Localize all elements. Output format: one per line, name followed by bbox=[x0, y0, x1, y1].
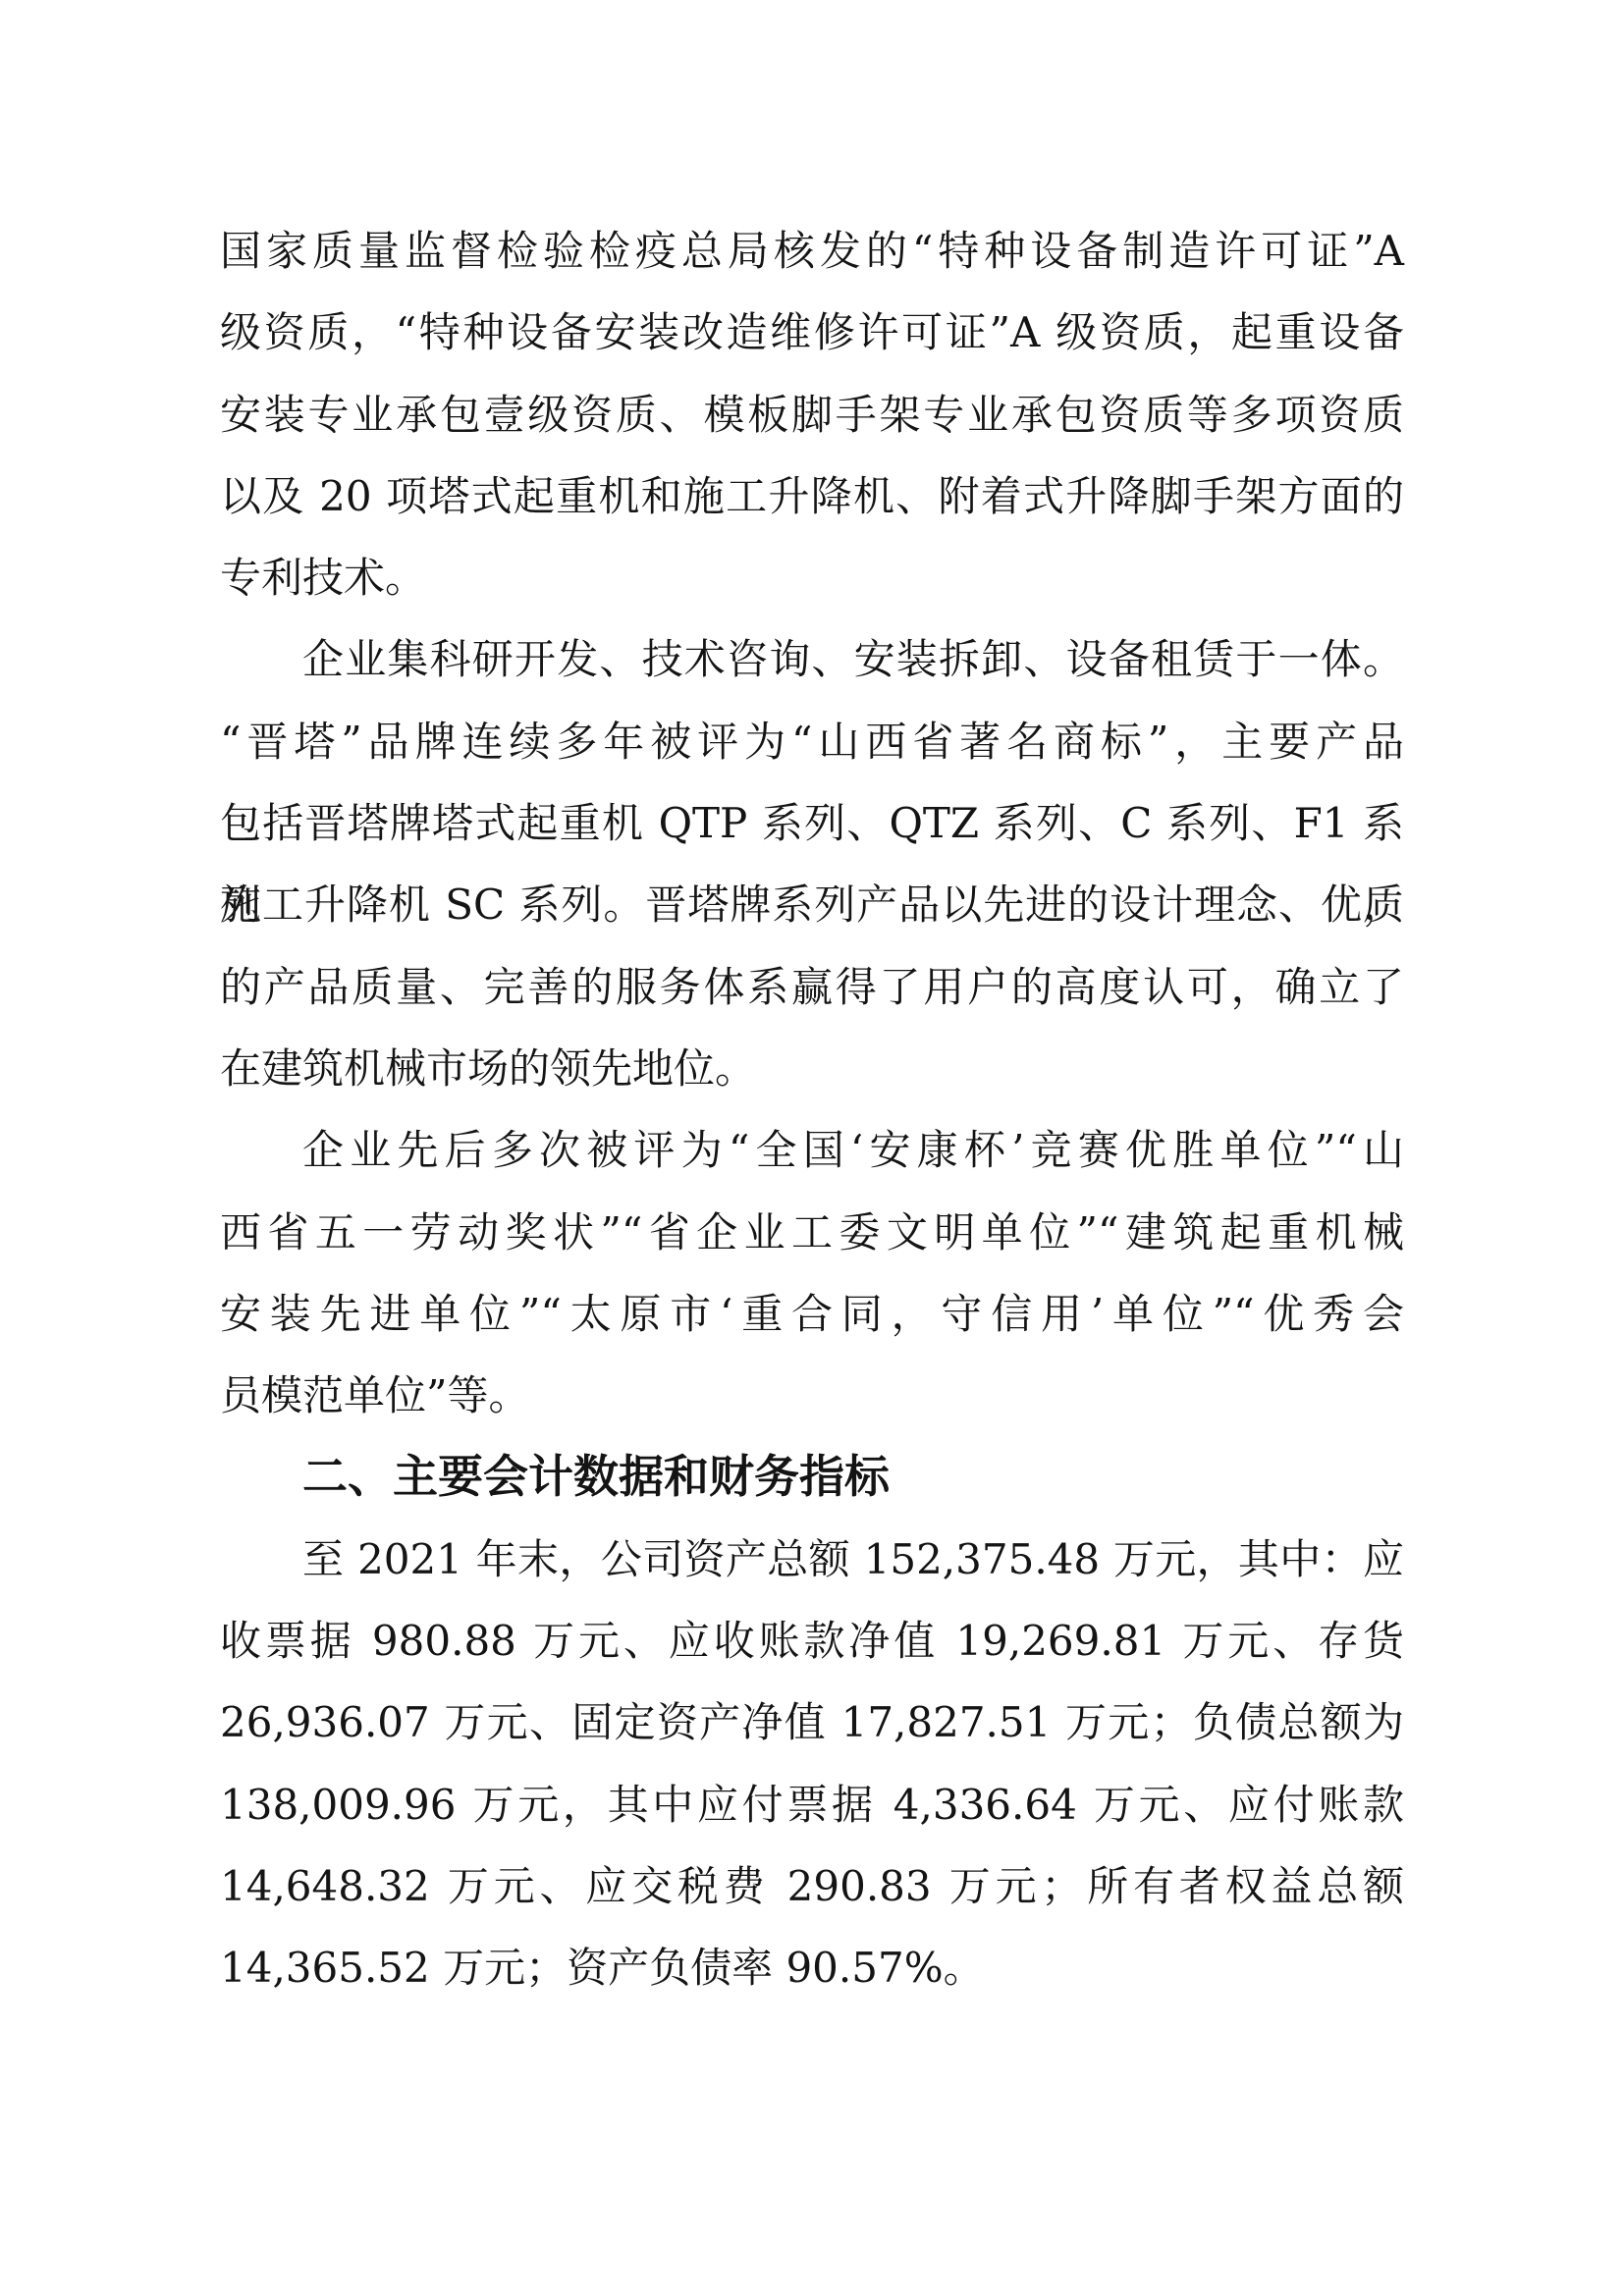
text-line: 包括晋塔牌塔式起重机 QTP 系列、QTZ 系列、C 系列、F1 系列， bbox=[220, 782, 1404, 864]
text-line: 国家质量监督检验检疫总局核发的“特种设备制造许可证”A bbox=[220, 210, 1404, 292]
text-line: 26,936.07 万元、固定资产净值 17,827.51 万元；负债总额为 bbox=[220, 1682, 1404, 1763]
section-heading: 二、主要会计数据和财务指标 bbox=[220, 1436, 1404, 1518]
text-line: 在建筑机械市场的领先地位。 bbox=[220, 1028, 1404, 1109]
text-line: 安装专业承包壹级资质、模板脚手架专业承包资质等多项资质 bbox=[220, 374, 1404, 455]
text-line: 企业先后多次被评为“全国‘安康杯’竞赛优胜单位”“山 bbox=[220, 1109, 1404, 1191]
text-line: “晋塔”品牌连续多年被评为“山西省著名商标”，主要产品 bbox=[220, 701, 1404, 782]
text-line: 的产品质量、完善的服务体系赢得了用户的高度认可，确立了 bbox=[220, 946, 1404, 1028]
text-line: 至 2021 年末，公司资产总额 152,375.48 万元，其中：应 bbox=[220, 1519, 1404, 1600]
text-line: 西省五一劳动奖状”“省企业工委文明单位”“建筑起重机械 bbox=[220, 1192, 1404, 1273]
text-line: 以及 20 项塔式起重机和施工升降机、附着式升降脚手架方面的 bbox=[220, 455, 1404, 537]
text-line: 安装先进单位”“太原市‘重合同，守信用’单位”“优秀会 bbox=[220, 1273, 1404, 1355]
text-line: 施工升降机 SC 系列。晋塔牌系列产品以先进的设计理念、优质 bbox=[220, 864, 1404, 945]
text-line: 14,365.52 万元；资产负债率 90.57%。 bbox=[220, 1927, 1404, 2008]
text-line: 级资质，“特种设备安装改造维修许可证”A 级资质，起重设备 bbox=[220, 292, 1404, 373]
document-page: 国家质量监督检验检疫总局核发的“特种设备制造许可证”A级资质，“特种设备安装改造… bbox=[0, 0, 1624, 2296]
text-line: 企业集科研开发、技术咨询、安装拆卸、设备租赁于一体。 bbox=[220, 618, 1404, 700]
text-block: 国家质量监督检验检疫总局核发的“特种设备制造许可证”A级资质，“特种设备安装改造… bbox=[220, 210, 1404, 2009]
text-line: 专利技术。 bbox=[220, 537, 1404, 618]
text-line: 138,009.96 万元，其中应付票据 4,336.64 万元、应付账款 bbox=[220, 1764, 1404, 1845]
text-line: 收票据 980.88 万元、应收账款净值 19,269.81 万元、存货 bbox=[220, 1600, 1404, 1682]
text-line: 员模范单位”等。 bbox=[220, 1355, 1404, 1436]
text-line: 14,648.32 万元、应交税费 290.83 万元；所有者权益总额 bbox=[220, 1845, 1404, 1927]
